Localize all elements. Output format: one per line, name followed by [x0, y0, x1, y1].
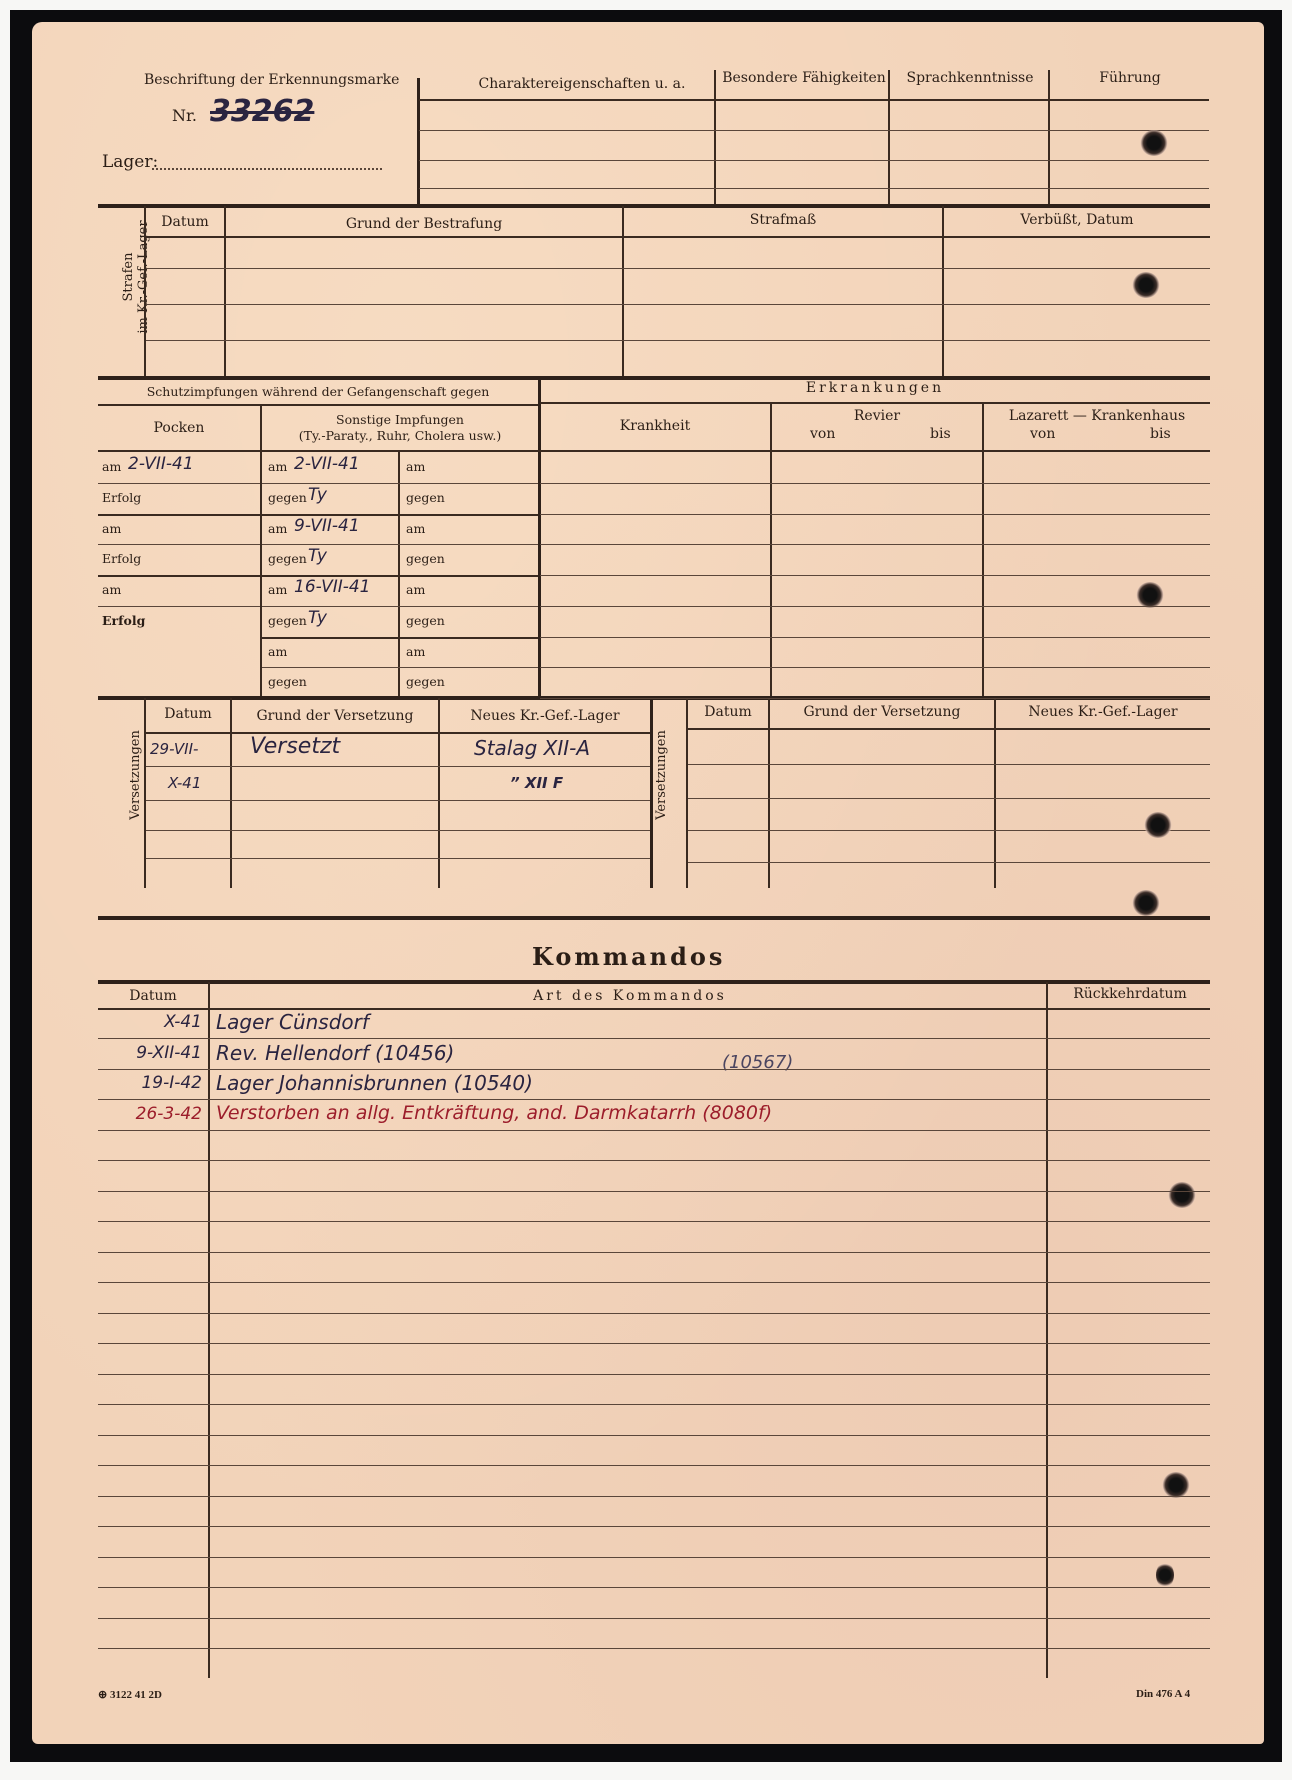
kommando-extra-number: (10567) — [722, 1052, 793, 1073]
punch-hole — [1132, 272, 1160, 298]
erkennungsmarke-label: Beschriftung der Erkennungsmarke — [144, 72, 399, 88]
impf-label: gegen — [268, 490, 307, 505]
punch-hole — [1162, 1472, 1190, 1498]
impf-label: gegen — [268, 551, 307, 566]
kommando-datum: 26-3-42 — [98, 1104, 202, 1124]
header-sprachen: Sprachkenntnisse — [890, 70, 1050, 86]
strafen-header-verbuesst: Verbüßt, Datum — [944, 212, 1210, 228]
kommando-art: Rev. Hellendorf (10456) — [216, 1041, 454, 1065]
row-rule — [540, 483, 1210, 484]
versetzung-header-grund-left: Grund der Versetzung — [232, 708, 438, 724]
impf-label: am — [406, 521, 425, 536]
impf-label: gegen — [406, 674, 445, 689]
lazarett-bis: bis — [1150, 426, 1171, 442]
strafen-header-strafmass: Strafmaß — [624, 212, 942, 228]
header-fuehrung: Führung — [1050, 70, 1210, 86]
row-rule — [98, 1618, 1210, 1619]
kommando-datum: X-41 — [98, 1012, 202, 1032]
strafen-header-datum: Datum — [146, 214, 224, 230]
kommandos-title: Kommandos — [532, 942, 725, 971]
krankheit-header: Krankheit — [540, 418, 770, 434]
kommando-header-datum: Datum — [98, 988, 208, 1004]
impf-value: 16-VII-41 — [294, 577, 371, 597]
impf-label: gegen — [268, 613, 307, 628]
row-rule — [540, 637, 1210, 638]
lazarett-von: von — [1030, 426, 1055, 442]
divider — [714, 70, 716, 206]
revier-bis: bis — [930, 426, 951, 442]
revier-header: Revier — [772, 408, 982, 424]
versetzung-header-datum-left: Datum — [146, 706, 230, 722]
punch-hole — [1168, 1182, 1196, 1208]
kommando-datum: 9-XII-41 — [98, 1043, 202, 1063]
punch-hole — [1136, 582, 1164, 608]
impf-value: 9-VII-41 — [294, 516, 360, 536]
row-rule — [98, 1130, 1210, 1131]
row-rule — [98, 483, 260, 484]
row-rule — [98, 606, 260, 607]
erkrankungen-title: Erkrankungen — [540, 380, 1210, 396]
row-rule — [98, 1648, 1210, 1649]
pocken-label: Erfolg — [102, 613, 145, 628]
versetzung-lager-2: ” XII F — [510, 774, 563, 792]
kommando-art: Lager Johannisbrunnen (10540) — [216, 1071, 533, 1095]
versetzung-grund-1: Versetzt — [250, 734, 340, 759]
row-rule — [98, 544, 260, 545]
impf-label: am — [268, 582, 287, 597]
row-rule — [98, 1221, 1210, 1222]
row-rule — [98, 1282, 1210, 1283]
impf-label: am — [268, 644, 287, 659]
impf-value: 2-VII-41 — [294, 454, 360, 474]
row-rule — [98, 1557, 1210, 1558]
versetzung-datum-1: 29-VII- — [150, 740, 198, 758]
row-rule — [98, 514, 260, 516]
row-rule — [98, 1374, 1210, 1375]
versetzungen-side-label-right: Versetzungen — [654, 720, 672, 830]
kommando-datum: 19-I-42 — [98, 1073, 202, 1093]
row-rule — [98, 1099, 1210, 1100]
impf-label: gegen — [268, 674, 307, 689]
kommando-art: Lager Cünsdorf — [216, 1010, 369, 1034]
row-rule — [98, 1038, 1210, 1039]
versetzung-header-grund-right: Grund der Versetzung — [770, 704, 994, 720]
footer-din: Din 476 A 4 — [1136, 1688, 1190, 1700]
versetzung-header-lager-right: Neues Kr.-Gef.-Lager — [996, 704, 1210, 720]
divider — [417, 78, 420, 206]
impf-label: am — [268, 521, 287, 536]
lager-label: Lager: — [102, 152, 158, 172]
impfungen-title: Schutzimpfungen während der Gefangenscha… — [98, 384, 538, 399]
row-rule — [262, 483, 538, 484]
row-rule — [98, 1313, 1210, 1314]
kommando-header-rueckkehr: Rückkehrdatum — [1050, 986, 1210, 1002]
row-rule — [262, 637, 538, 639]
impf-value: Ty — [308, 485, 327, 505]
pocken-header: Pocken — [98, 420, 260, 436]
section-rule — [98, 980, 1210, 984]
sonstige-header-2: (Ty.-Paraty., Ruhr, Cholera usw.) — [262, 428, 538, 443]
impf-label: gegen — [406, 613, 445, 628]
impf-label: gegen — [406, 490, 445, 505]
impf-label: am — [406, 644, 425, 659]
lager-dotted-line — [152, 168, 382, 170]
row-rule — [98, 1404, 1210, 1405]
versetzung-datum-2: X-41 — [168, 774, 201, 792]
divider — [1048, 70, 1050, 206]
row-rule — [98, 1343, 1210, 1344]
row-rule — [98, 1465, 1210, 1466]
nr-label: Nr. — [172, 106, 197, 125]
header-charakter: Charaktereigenschaften u. a. — [422, 76, 742, 92]
pocken-label: am — [102, 582, 121, 597]
nr-value: 33262 — [210, 94, 314, 129]
impf-value: Ty — [308, 546, 327, 566]
kommando-header-art: Art des Kommandos — [212, 988, 1048, 1004]
row-rule — [98, 1587, 1210, 1588]
footer-print-code: ⊕ 3122 41 2D — [98, 1688, 162, 1701]
row-rule — [262, 544, 538, 545]
kommando-art: Verstorben an allg. Entkräftung, and. Da… — [216, 1102, 772, 1124]
row-rule — [98, 1252, 1210, 1253]
divider — [888, 70, 890, 206]
header-faehigkeiten: Besondere Fähigkeiten — [716, 70, 892, 86]
sonstige-header-1: Sonstige Impfungen — [262, 412, 538, 427]
pocken-label: am — [102, 521, 121, 536]
row-rule — [540, 514, 1210, 515]
row-rule — [540, 575, 1210, 576]
pocken-value: 2-VII-41 — [128, 454, 194, 474]
row-rule — [262, 667, 538, 668]
impf-label: gegen — [406, 551, 445, 566]
section-rule — [98, 204, 1210, 208]
row-rule — [262, 606, 538, 607]
row-rule — [540, 544, 1210, 545]
document-paper: Beschriftung der Erkennungsmarke Nr. 332… — [32, 22, 1264, 1744]
row-rule — [98, 575, 260, 577]
punch-hole — [1144, 812, 1172, 838]
versetzung-lager-1: Stalag XII-A — [474, 736, 590, 760]
punch-hole — [1132, 890, 1160, 916]
row-rule — [540, 698, 1210, 699]
lazarett-header: Lazarett — Krankenhaus — [984, 408, 1210, 424]
impf-label: am — [406, 582, 425, 597]
row-rule — [98, 1191, 1210, 1192]
revier-von: von — [810, 426, 835, 442]
row-rule — [540, 667, 1210, 668]
pocken-label: Erfolg — [102, 490, 141, 505]
punch-hole — [1156, 1562, 1174, 1588]
impf-label: am — [406, 459, 425, 474]
section-rule — [98, 916, 1210, 920]
punch-hole — [1140, 130, 1168, 156]
strafen-header-grund: Grund der Bestrafung — [226, 216, 622, 232]
row-rule — [98, 1435, 1210, 1436]
pocken-label: am — [102, 459, 121, 474]
row-rule — [540, 606, 1210, 607]
row-rule — [98, 1526, 1210, 1527]
versetzung-header-lager-left: Neues Kr.-Gef.-Lager — [440, 708, 650, 724]
pocken-label: Erfolg — [102, 551, 141, 566]
impf-value: Ty — [308, 608, 327, 628]
impf-label: am — [268, 459, 287, 474]
versetzung-header-datum-right: Datum — [688, 704, 768, 720]
row-rule — [98, 1496, 1210, 1497]
row-rule — [98, 1160, 1210, 1161]
row-rule — [98, 1069, 1210, 1070]
